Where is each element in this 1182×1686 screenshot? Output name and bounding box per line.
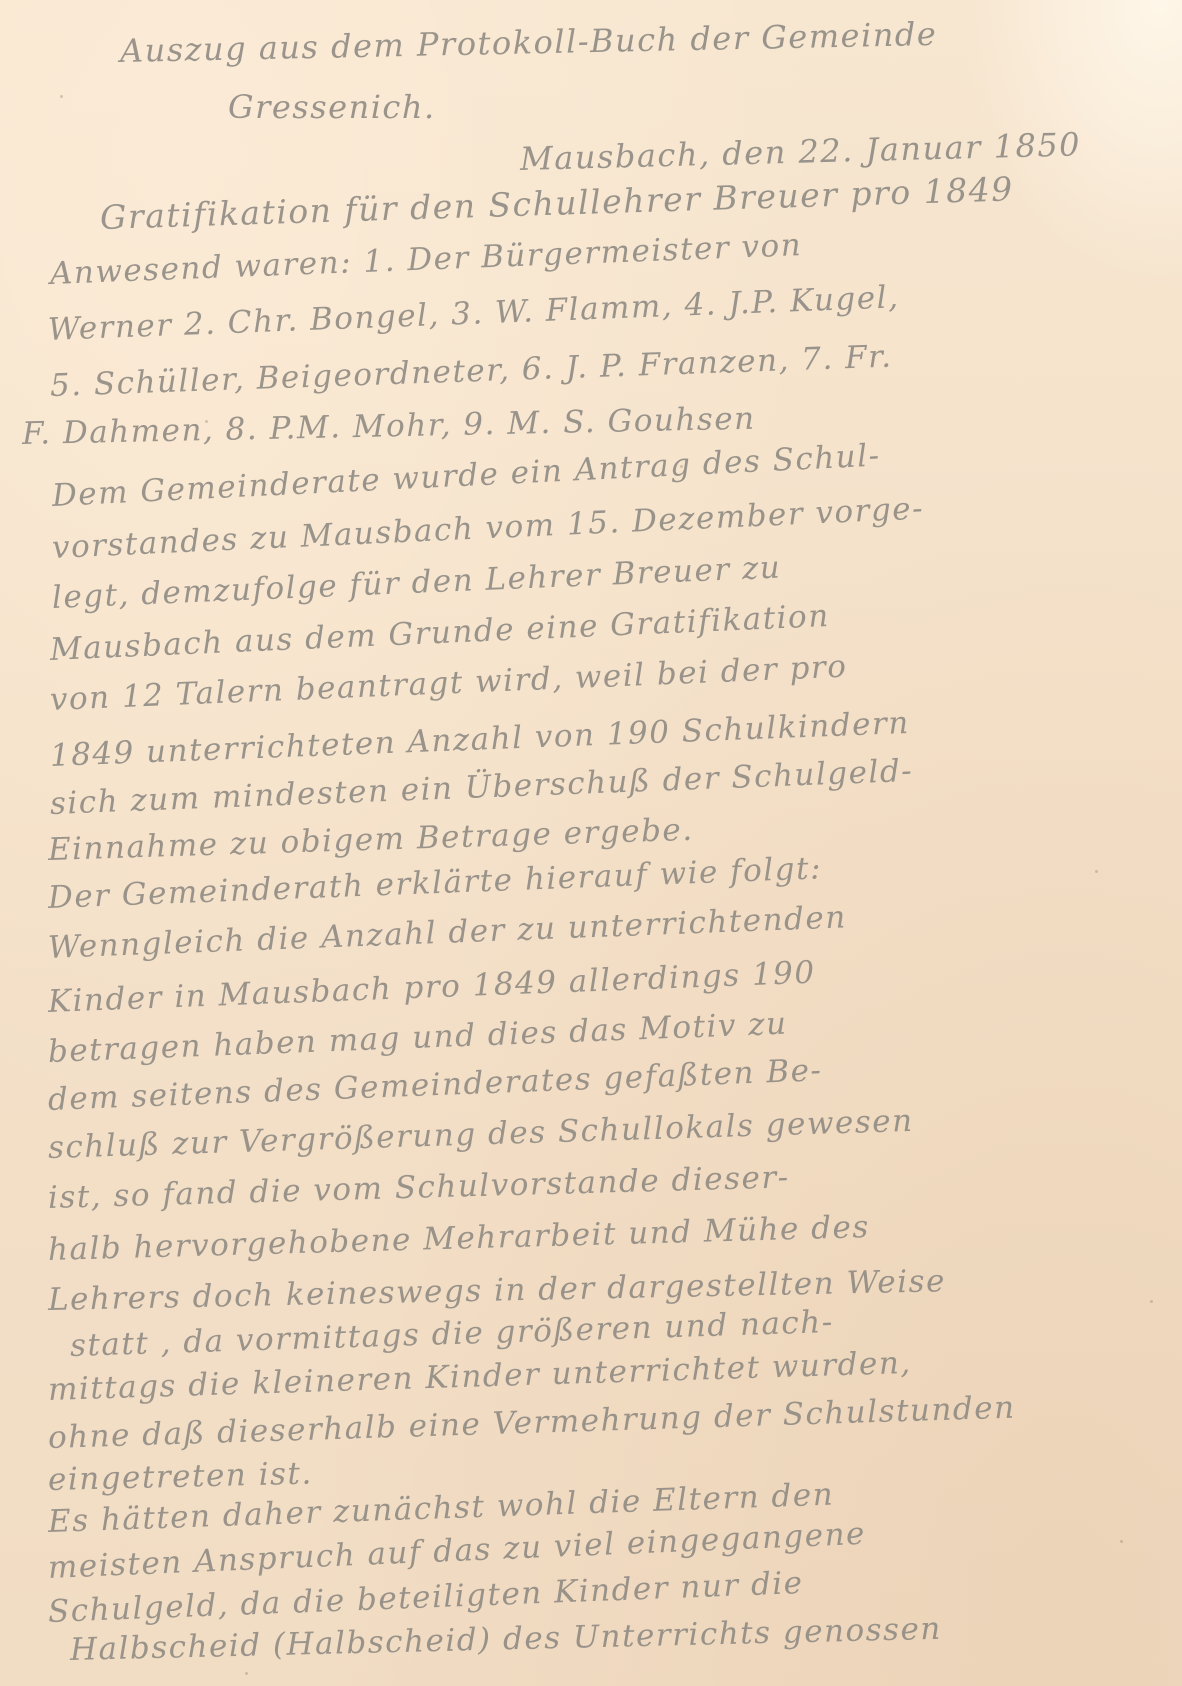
paper-speck <box>680 465 683 468</box>
paper-speck <box>60 95 63 98</box>
attendees-line: 5. Schüller, Beigeordneter, 6. J. P. Fra… <box>49 339 893 404</box>
paper-speck <box>1150 1300 1153 1303</box>
paper-speck <box>205 420 208 423</box>
subject-line: Gratifikation für den Schullehrer Breuer… <box>99 169 1014 237</box>
attendees-line: F. Dahmen, 8. P.M. Mohr, 9. M. S. Gouhse… <box>22 401 756 452</box>
body-line: eingetreten ist. <box>48 1456 314 1498</box>
body-line: halb hervorgehobene Mehrarbeit und Mühe … <box>47 1209 870 1268</box>
title-line-1: Auszug aus dem Protokoll-Buch der Gemein… <box>120 15 938 70</box>
title-line-2: Gressenich. <box>228 88 436 126</box>
attendees-line: Anwesend waren: 1. Der Bürgermeister von <box>49 227 802 292</box>
document-page: Auszug aus dem Protokoll-Buch der Gemein… <box>0 0 1182 1686</box>
paper-speck <box>245 1672 248 1675</box>
body-line: ist, so fand die vom Schulvorstande dies… <box>47 1159 790 1216</box>
paper-speck <box>1120 1540 1123 1543</box>
paper-speck <box>1095 870 1098 873</box>
attendees-line: Werner 2. Chr. Bongel, 3. W. Flamm, 4. J… <box>47 279 900 348</box>
